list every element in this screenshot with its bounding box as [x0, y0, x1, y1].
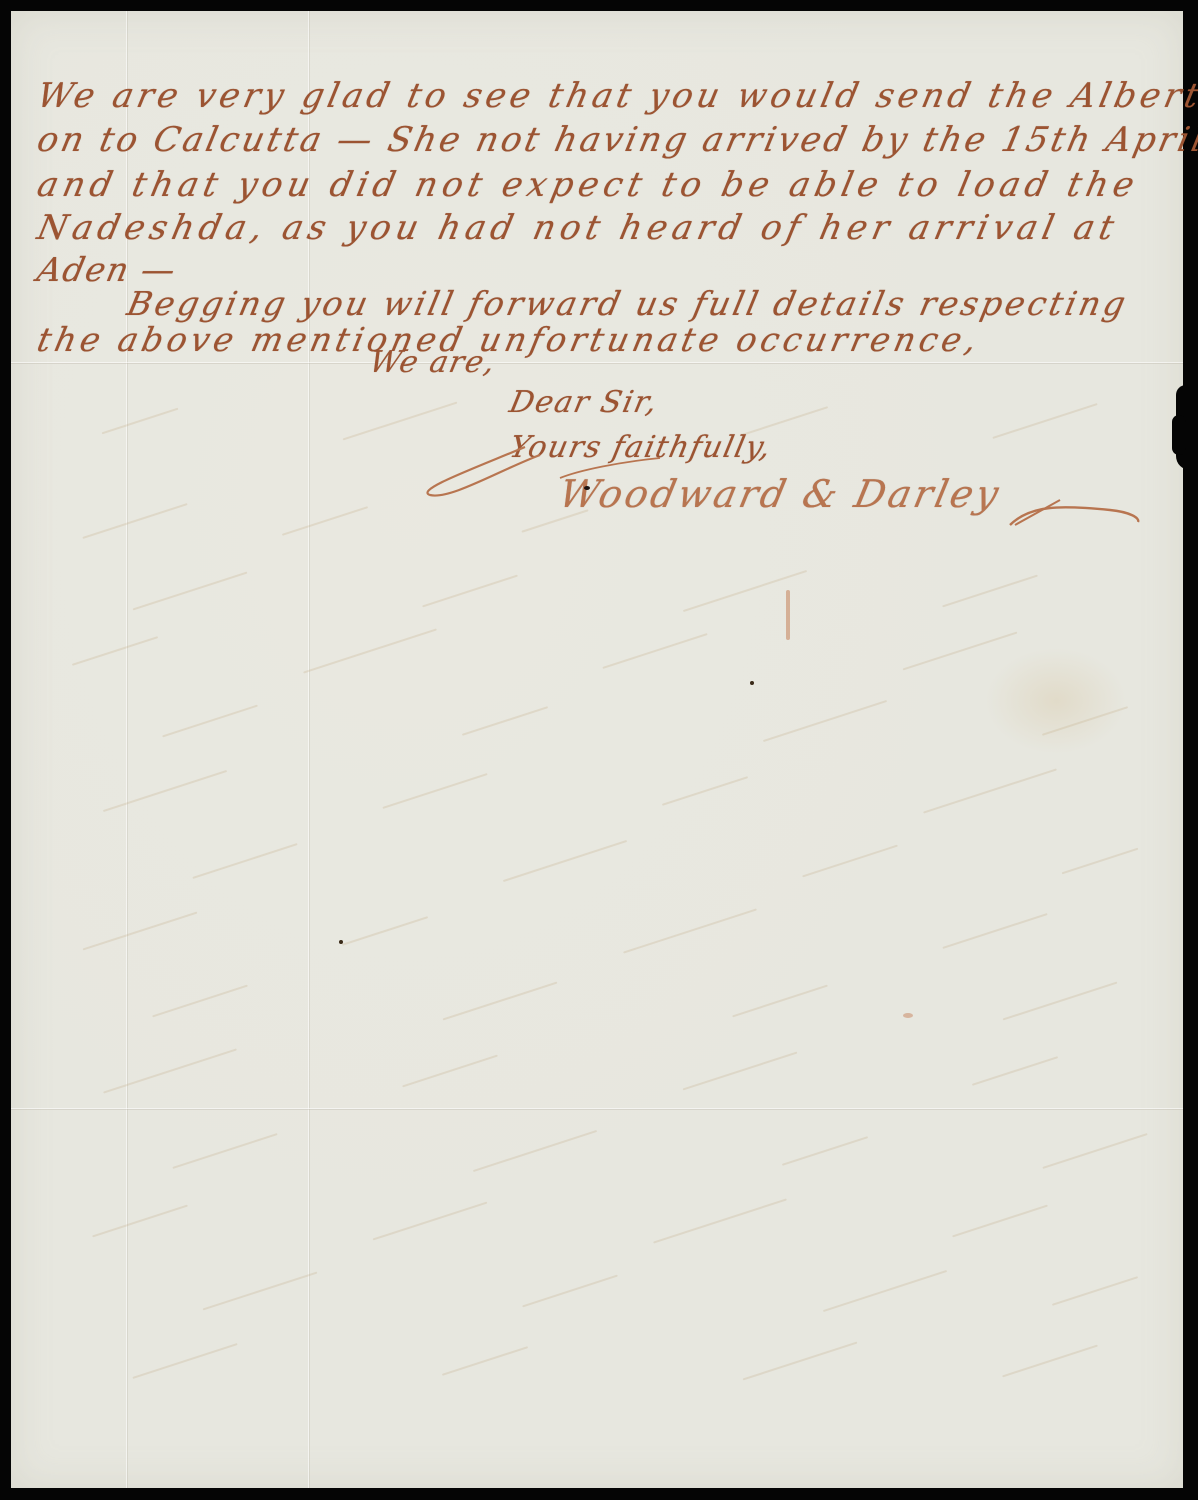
paper-speck [750, 681, 754, 685]
ink-blot [584, 486, 590, 490]
paper-speck [339, 940, 343, 944]
ink-stain [903, 1013, 913, 1018]
ink-stroke-mark [786, 590, 790, 640]
signature-flourishes [0, 0, 1198, 1500]
